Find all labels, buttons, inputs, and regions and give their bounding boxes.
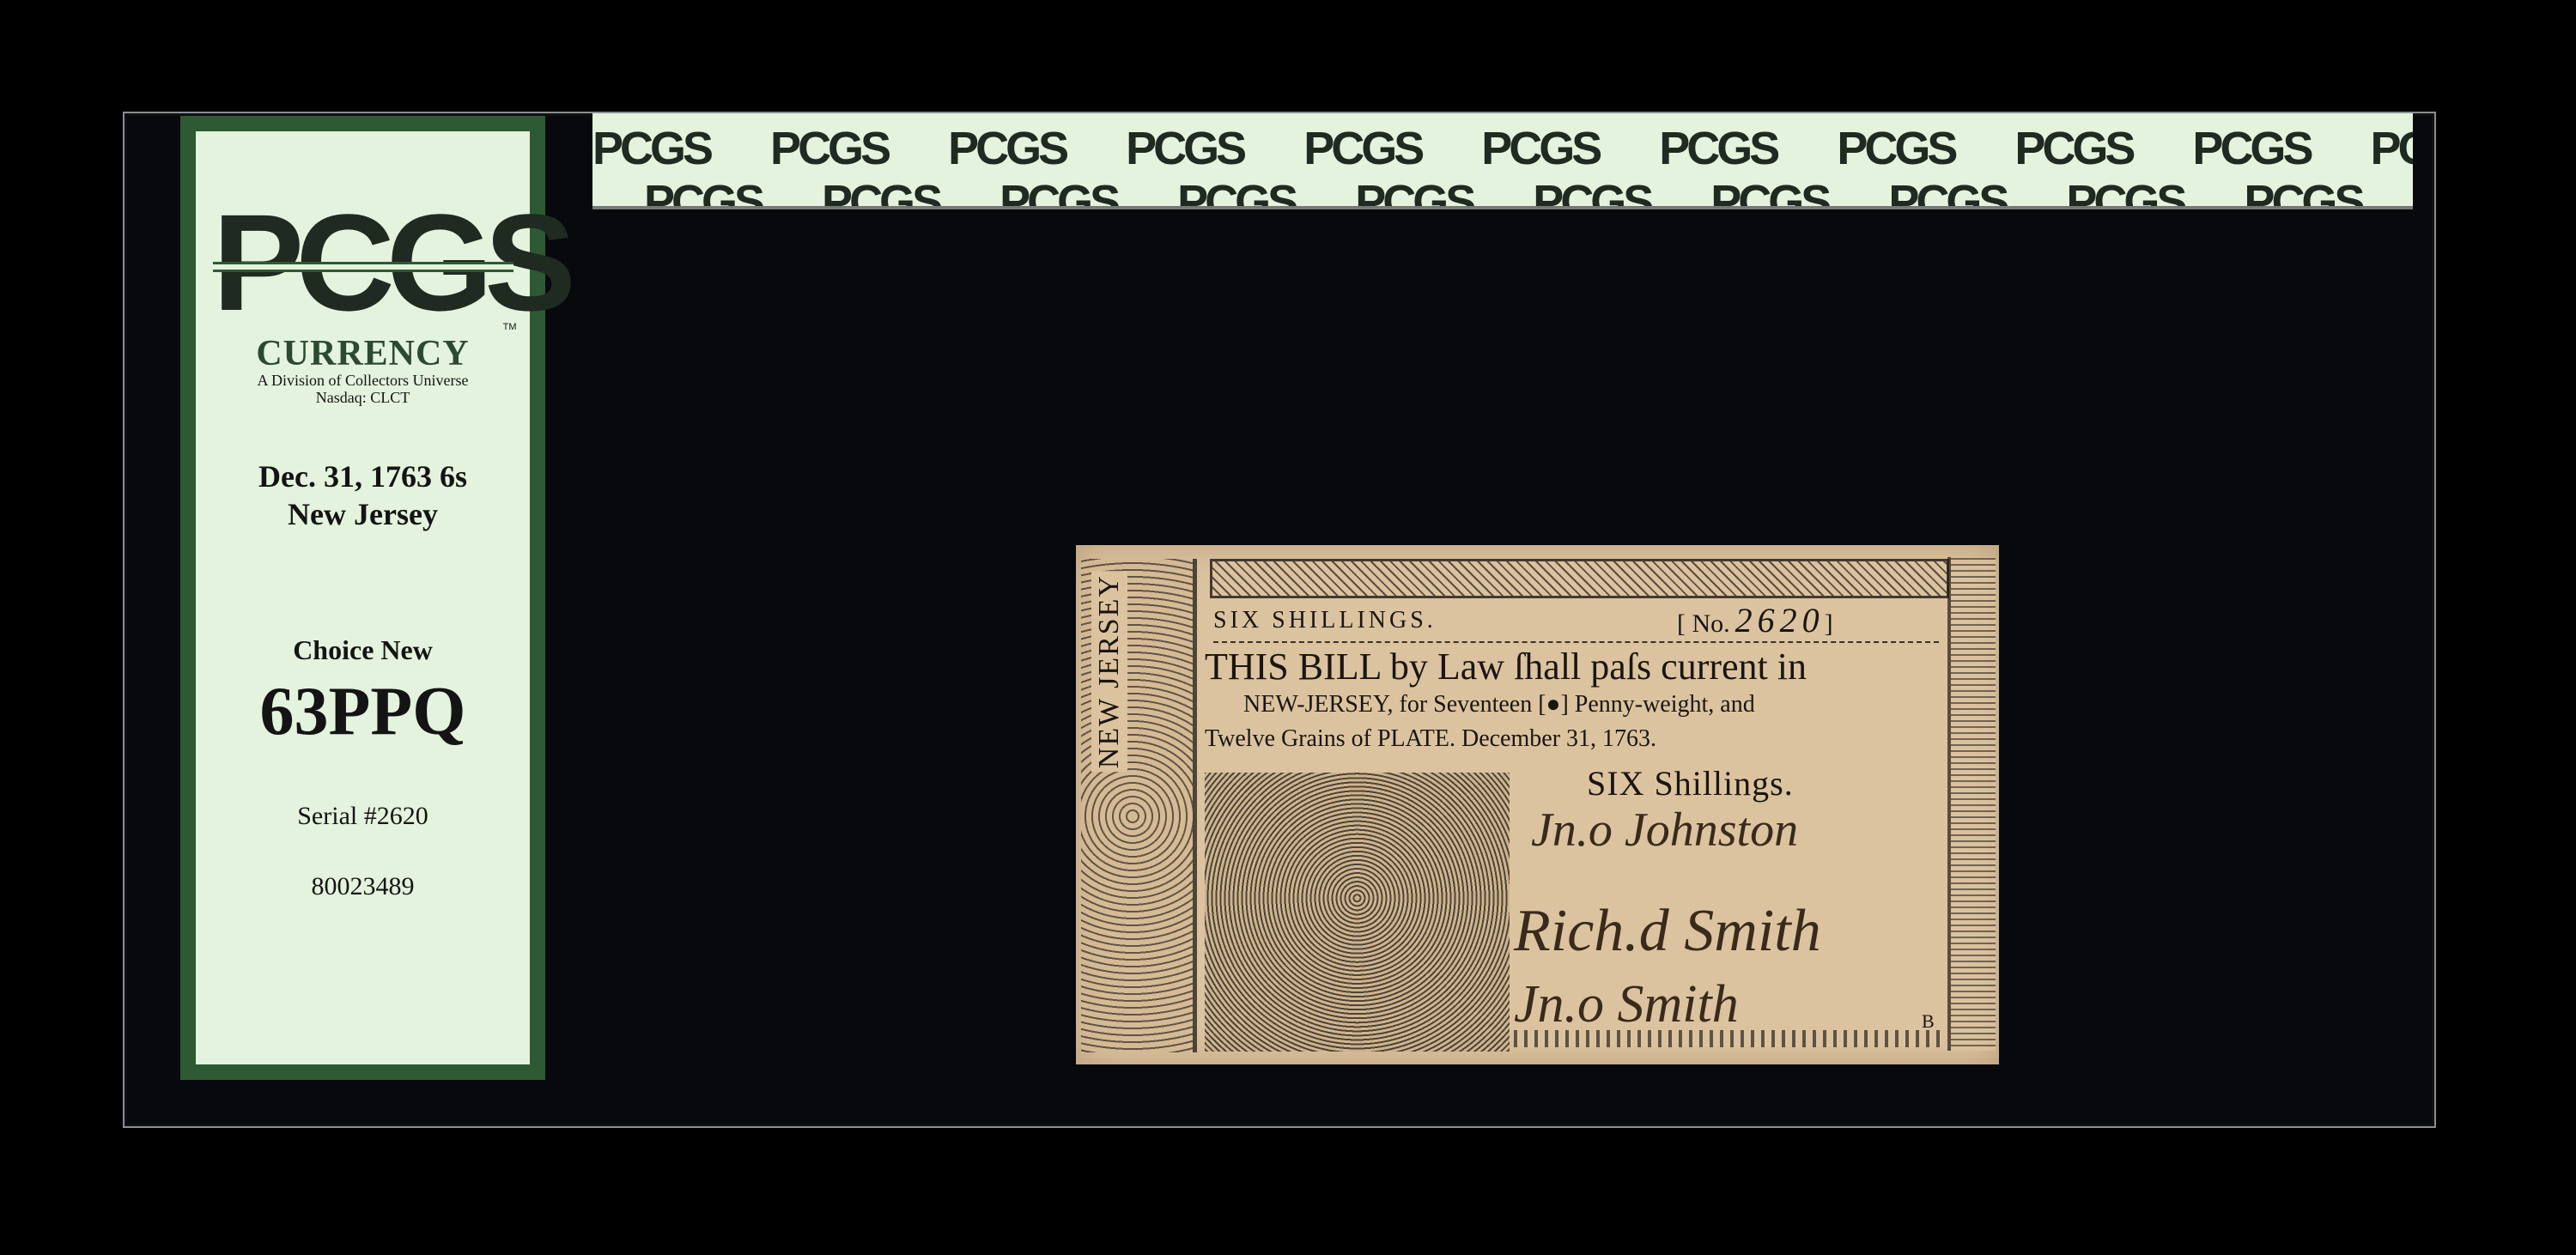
strip-row-top: PCGSPCGSPCGSPCGSPCGSPCGSPCGSPCGSPCGSPCGS… (592, 122, 2413, 175)
coat-of-arms-icon (1205, 773, 1510, 1052)
top-ornament-border (1210, 559, 1949, 598)
divider (1213, 641, 1939, 643)
signature-2: Rich.d Smith (1514, 897, 1821, 966)
note-text-line-2: NEW-JERSEY, for Seventeen [●] Penny-weig… (1243, 691, 1755, 718)
division-line-2: Nasdaq: CLCT (316, 389, 410, 406)
serial-number: Serial #2620 (297, 802, 428, 831)
vertical-state-text: NEW JERSEY (1091, 571, 1127, 772)
currency-wordmark: CURRENCY (256, 336, 469, 372)
grade-description: Choice New (293, 634, 433, 666)
signature-1: Jn.o Johnston (1531, 803, 1798, 858)
note-serial: [ No.2620] (1677, 600, 1833, 640)
grading-label: PCGS TM CURRENCY A Division of Collector… (180, 116, 545, 1080)
note-state: New Jersey (288, 495, 438, 533)
note-text-line-3: Twelve Grains of PLATE. December 31, 176… (1205, 725, 1656, 753)
note-description: Dec. 31, 1763 6s (258, 458, 467, 495)
strip-row-bottom: PCGSPCGSPCGSPCGSPCGSPCGSPCGSPCGSPCGSPCGS… (644, 175, 2413, 209)
cert-number: 80023489 (312, 872, 415, 901)
right-ornament-border (1947, 557, 1996, 1051)
note-text-line-1: THIS BILL by Law ſhall paſs current in (1205, 645, 1807, 688)
denomination-header: SIX SHILLINGS. (1213, 607, 1437, 634)
signature-3: Jn.o Smith (1514, 974, 1739, 1035)
grade-value: 63PPQ (260, 673, 466, 750)
banknote: NEW JERSEY SIX SHILLINGS. [ No.2620] THI… (1076, 545, 1999, 1064)
pcgs-security-strip: PCGSPCGSPCGSPCGSPCGSPCGSPCGSPCGSPCGSPCGS… (592, 113, 2413, 209)
pcgs-logo-icon: PCGS TM (213, 198, 513, 327)
bottom-ornament (1514, 1030, 1943, 1047)
division-line-1: A Division of Collectors Universe (258, 372, 469, 389)
note-denomination: SIX Shillings. (1587, 763, 1794, 803)
